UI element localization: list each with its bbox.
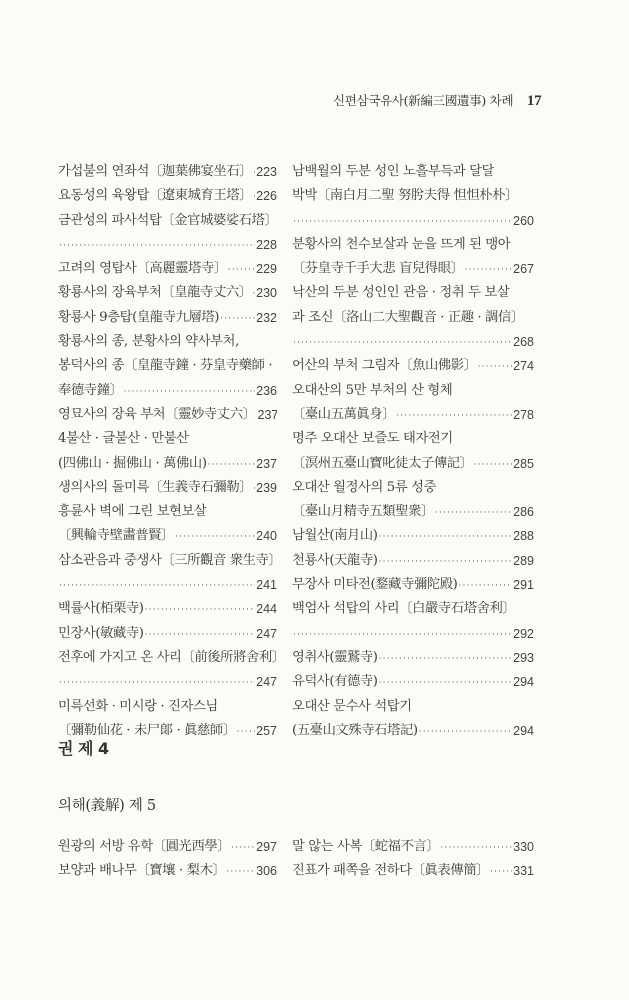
toc-entry-page: 226 <box>256 184 277 208</box>
toc-entry[interactable]: 낙산의 두분 성인인 관음 · 정취 두 보살 <box>292 281 534 305</box>
toc-entry[interactable]: 247 <box>58 670 277 694</box>
toc-entry[interactable]: 진표가 패쪽을 전하다〔眞表傳簡〕 331 <box>292 859 534 883</box>
toc-entry-title: 천룡사(天龍寺) <box>292 549 378 573</box>
toc-entry[interactable]: 영묘사의 장육 부처〔靈妙寺丈六〕 237 <box>58 403 277 427</box>
toc-entry[interactable]: 〔臺山五萬眞身〕278 <box>292 403 534 427</box>
dot-leader <box>293 330 512 354</box>
toc-entry-title: 명주 오대산 보즐도 태자전기 <box>292 427 453 451</box>
toc-entry-title: (四佛山 · 掘佛山 · 萬佛山) <box>58 452 207 476</box>
dot-leader <box>253 184 255 208</box>
dot-leader <box>293 622 512 646</box>
toc-entry-title: 요동성의 육왕탑〔遼東城育王塔〕 <box>58 184 252 208</box>
toc-entry[interactable]: 남월산(南月山) 288 <box>292 524 534 548</box>
toc-entry[interactable]: 4불산 · 글불산 · 만불산 <box>58 427 277 451</box>
toc-entry[interactable]: 생의사의 돌미륵〔生義寺石彌勒〕239 <box>58 476 277 500</box>
toc-entry-title: 오대산 문수사 석탑기 <box>292 695 412 719</box>
toc-entry[interactable]: 원광의 서방 유학〔圓光西學〕 297 <box>58 835 277 859</box>
toc-entry[interactable]: 〔芬皇寺千手大悲 盲兒得眼〕267 <box>292 257 534 281</box>
toc-entry-page: 288 <box>513 524 534 548</box>
toc-entry-title: 낙산의 두분 성인인 관음 · 정취 두 보살 <box>292 281 509 305</box>
toc-entry[interactable]: 영취사(靈鷲寺) 293 <box>292 646 534 670</box>
toc-entry[interactable]: 보양과 배나무〔寶壤 · 梨木〕306 <box>58 859 277 883</box>
toc-entry[interactable]: 미륵선화 · 미시랑 · 진자스님 <box>58 695 277 719</box>
toc-entry[interactable]: 백률사(栢栗寺) 244 <box>58 597 277 621</box>
dot-leader <box>175 524 255 548</box>
dot-leader <box>59 573 255 597</box>
dot-leader <box>465 257 513 281</box>
toc-entry-title: 영묘사의 장육 부처〔靈妙寺丈六〕 <box>58 403 256 427</box>
toc-entry[interactable]: 〔興輪寺壁畵普賢〕 240 <box>58 524 277 548</box>
toc-entry[interactable]: 무장사 미타전(鍪藏寺彌陀殿) 291 <box>292 573 534 597</box>
toc-entry-title: 보양과 배나무〔寶壤 · 梨木〕 <box>58 859 225 883</box>
dot-leader <box>419 719 512 743</box>
toc-section-right-column: 말 않는 사복〔蛇福不言〕 330진표가 패쪽을 전하다〔眞表傳簡〕 331 <box>292 835 534 884</box>
toc-entry[interactable]: 박박〔南白月二聖 努肹夫得 怛怛朴朴〕 <box>292 184 534 208</box>
toc-entry[interactable]: 요동성의 육왕탑〔遼東城育王塔〕226 <box>58 184 277 208</box>
dot-leader <box>379 549 513 573</box>
dot-leader <box>435 500 512 524</box>
toc-entry-title: 남백월의 두분 성인 노흘부득과 달달 <box>292 160 494 184</box>
toc-entry-title: 말 않는 사복〔蛇福不言〕 <box>292 835 439 859</box>
toc-entry-title: (五臺山文殊寺石塔記) <box>292 719 418 743</box>
toc-entry[interactable]: 가섭불의 연좌석〔迦葉佛宴坐石〕223 <box>58 160 277 184</box>
toc-entry-title: 〔芬皇寺千手大悲 盲兒得眼〕 <box>292 257 464 281</box>
toc-entry[interactable]: 292 <box>292 622 534 646</box>
toc-entry-page: 294 <box>513 670 534 694</box>
toc-entry-title: 흥륜사 벽에 그린 보현보살 <box>58 500 206 524</box>
toc-entry-page: 278 <box>513 403 534 427</box>
toc-entry-page: 237 <box>258 403 278 427</box>
toc-entry-page: 285 <box>513 452 534 476</box>
toc-entry-page: 247 <box>256 622 277 646</box>
toc-entry-page: 289 <box>513 549 534 573</box>
toc-entry[interactable]: 오대산 월정사의 5류 성중 <box>292 476 534 500</box>
dot-leader <box>253 160 255 184</box>
toc-entry[interactable]: 241 <box>58 573 277 597</box>
toc-entry-title: 박박〔南白月二聖 努肹夫得 怛怛朴朴〕 <box>292 184 518 208</box>
dot-leader <box>231 835 255 859</box>
toc-entry-page: 240 <box>256 524 277 548</box>
toc-entry-page: 228 <box>256 233 277 257</box>
toc-entry-page: 260 <box>513 209 534 233</box>
dot-leader <box>474 452 513 476</box>
toc-entry-page: 286 <box>513 500 534 524</box>
dot-leader <box>253 476 255 500</box>
toc-entry[interactable]: 분황사의 천수보살과 눈을 뜨게 된 맹아 <box>292 233 534 257</box>
toc-entry-title: 4불산 · 글불산 · 만불산 <box>58 427 189 451</box>
toc-left-column: 가섭불의 연좌석〔迦葉佛宴坐石〕223요동성의 육왕탑〔遼東城育王塔〕226금관… <box>58 160 277 743</box>
dot-leader <box>59 233 255 257</box>
toc-entry-page: 257 <box>256 719 277 743</box>
toc-entry-page: 241 <box>256 573 277 597</box>
toc-entry-page: 274 <box>513 354 534 378</box>
toc-entry[interactable]: 흥륜사 벽에 그린 보현보살 <box>58 500 277 524</box>
dot-leader <box>237 719 255 743</box>
toc-entry-title: 오대산의 5만 부처의 산 형체 <box>292 379 452 403</box>
dot-leader <box>145 622 256 646</box>
toc-entry-title: 미륵선화 · 미시랑 · 진자스님 <box>58 695 218 719</box>
dot-leader <box>220 306 255 330</box>
page-number: 17 <box>527 93 541 109</box>
toc-entry-page: 232 <box>256 306 277 330</box>
toc-entry-title: 무장사 미타전(鍪藏寺彌陀殿) <box>292 573 457 597</box>
toc-entry[interactable]: 268 <box>292 330 534 354</box>
toc-entry-page: 229 <box>256 257 277 281</box>
toc-entry[interactable]: 백엄사 석탑의 사리〔白嚴寺石塔舍利〕 <box>292 597 534 621</box>
toc-entry-title: 奉德寺鐘〕 <box>58 379 122 403</box>
toc-entry-title: 과 조신〔洛山二大聖觀音 · 正趣 · 調信〕 <box>292 306 524 330</box>
volume-heading: 권 제 4 <box>58 736 109 759</box>
dot-leader <box>123 379 255 403</box>
toc-entry[interactable]: 〔溟州五臺山寶叱徒太子傳記〕 285 <box>292 452 534 476</box>
toc-entry-title: 백엄사 석탑의 사리〔白嚴寺石塔舍利〕 <box>292 597 515 621</box>
dot-leader <box>208 452 256 476</box>
toc-entry[interactable]: 오대산 문수사 석탑기 <box>292 695 534 719</box>
toc-entry[interactable]: 천룡사(天龍寺) 289 <box>292 549 534 573</box>
dot-leader <box>228 257 255 281</box>
dot-leader <box>440 835 512 859</box>
chapter-heading: 의해(義解) 제 5 <box>58 794 156 815</box>
toc-entry-title: 고려의 영탑사〔高麗靈塔寺〕 <box>58 257 227 281</box>
toc-entry[interactable]: 228 <box>58 233 277 257</box>
toc-entry-page: 244 <box>256 597 277 621</box>
toc-entry-title: 삼소관음과 중생사〔三所觀音 衆生寺〕 <box>58 549 277 573</box>
dot-leader <box>379 670 513 694</box>
toc-entry-title: 오대산 월정사의 5류 성중 <box>292 476 436 500</box>
dot-leader <box>379 646 513 670</box>
toc-entry[interactable]: 260 <box>292 209 534 233</box>
toc-entry-page: 294 <box>513 719 534 743</box>
toc-entry-page: 247 <box>256 670 277 694</box>
toc-entry[interactable]: 과 조신〔洛山二大聖觀音 · 正趣 · 調信〕 <box>292 306 534 330</box>
toc-entry-title: 전후에 가지고 온 사리〔前後所將舍利〕 <box>58 646 277 670</box>
toc-entry-title: 〔興輪寺壁畵普賢〕 <box>58 524 174 548</box>
toc-entry-page: 237 <box>256 452 277 476</box>
toc-entry-page: 293 <box>513 646 534 670</box>
dot-leader <box>396 403 512 427</box>
toc-entry-title: 〔臺山五萬眞身〕 <box>292 403 395 427</box>
toc-entry[interactable]: (五臺山文殊寺石塔記) 294 <box>292 719 534 743</box>
toc-entry-title: 황룡사의 종, 분황사의 약사부처, <box>58 330 239 354</box>
toc-entry-title: 봉덕사의 종〔皇龍寺鐘 · 芬皇寺藥師 · <box>58 354 272 378</box>
toc-entry-title: 남월산(南月山) <box>292 524 378 548</box>
running-head-title: 신편삼국유사(新編三國遺事) 차례 <box>333 93 513 108</box>
toc-entry-page: 267 <box>513 257 534 281</box>
dot-leader <box>478 354 513 378</box>
toc-entry-title: 백률사(栢栗寺) <box>58 597 144 621</box>
dot-leader <box>145 597 256 621</box>
toc-entry-title: 분황사의 천수보살과 눈을 뜨게 된 맹아 <box>292 233 510 257</box>
toc-entry-title: 〔臺山月精寺五類聖衆〕 <box>292 500 434 524</box>
toc-entry[interactable]: 〔臺山月精寺五類聖衆〕 286 <box>292 500 534 524</box>
toc-entry[interactable]: 남백월의 두분 성인 노흘부득과 달달 <box>292 160 534 184</box>
toc-entry[interactable]: 전후에 가지고 온 사리〔前後所將舍利〕 <box>58 646 277 670</box>
toc-entry-title: 금관성의 파사석탑〔金官城婆娑石塔〕 <box>58 209 277 233</box>
toc-entry-page: 291 <box>513 573 534 597</box>
toc-entry-title: 황룡사의 장육부처〔皇龍寺丈六〕 <box>58 281 252 305</box>
toc-entry-title: 유덕사(有德寺) <box>292 670 378 694</box>
toc-entry[interactable]: 민장사(敏藏寺) 247 <box>58 622 277 646</box>
toc-entry[interactable]: 奉德寺鐘〕 236 <box>58 379 277 403</box>
toc-entry-page: 306 <box>256 859 277 883</box>
toc-entry[interactable]: 금관성의 파사석탑〔金官城婆娑石塔〕 <box>58 209 277 233</box>
toc-entry[interactable]: 봉덕사의 종〔皇龍寺鐘 · 芬皇寺藥師 · <box>58 354 277 378</box>
dot-leader <box>490 859 512 883</box>
toc-entry[interactable]: 오대산의 5만 부처의 산 형체 <box>292 379 534 403</box>
toc-right-column: 남백월의 두분 성인 노흘부득과 달달박박〔南白月二聖 努肹夫得 怛怛朴朴〕26… <box>292 160 534 743</box>
dot-leader <box>379 524 513 548</box>
toc-entry-page: 292 <box>513 622 534 646</box>
toc-entry[interactable]: 고려의 영탑사〔高麗靈塔寺〕229 <box>58 257 277 281</box>
toc-entry-page: 223 <box>256 160 277 184</box>
toc-entry-title: 가섭불의 연좌석〔迦葉佛宴坐石〕 <box>58 160 252 184</box>
toc-entry[interactable]: 어산의 부처 그림자〔魚山佛影〕 274 <box>292 354 534 378</box>
toc-entry-page: 268 <box>513 330 534 354</box>
toc-entry-page: 330 <box>513 835 534 859</box>
toc-entry-title: 황룡사 9층탑(皇龍寺九層塔) <box>58 306 219 330</box>
toc-entry[interactable]: (四佛山 · 掘佛山 · 萬佛山) 237 <box>58 452 277 476</box>
toc-entry[interactable]: 명주 오대산 보즐도 태자전기 <box>292 427 534 451</box>
toc-entry-title: 〔溟州五臺山寶叱徒太子傳記〕 <box>292 452 473 476</box>
toc-entry[interactable]: 말 않는 사복〔蛇福不言〕 330 <box>292 835 534 859</box>
toc-entry-page: 239 <box>256 476 277 500</box>
dot-leader <box>293 209 512 233</box>
toc-entry-page: 230 <box>256 281 277 305</box>
dot-leader <box>253 281 255 305</box>
toc-entry[interactable]: 황룡사의 종, 분황사의 약사부처, <box>58 330 277 354</box>
running-head: 신편삼국유사(新編三國遺事) 차례 17 <box>333 91 541 110</box>
toc-entry[interactable]: 황룡사의 장육부처〔皇龍寺丈六〕230 <box>58 281 277 305</box>
toc-entry-title: 진표가 패쪽을 전하다〔眞表傳簡〕 <box>292 859 489 883</box>
dot-leader <box>458 573 512 597</box>
toc-entry-title: 생의사의 돌미륵〔生義寺石彌勒〕 <box>58 476 252 500</box>
dot-leader <box>226 859 255 883</box>
toc-entry[interactable]: 유덕사(有德寺) 294 <box>292 670 534 694</box>
toc-entry-title: 원광의 서방 유학〔圓光西學〕 <box>58 835 230 859</box>
toc-entry-title: 민장사(敏藏寺) <box>58 622 144 646</box>
toc-section-left-column: 원광의 서방 유학〔圓光西學〕 297보양과 배나무〔寶壤 · 梨木〕306 <box>58 835 277 884</box>
toc-entry-title: 영취사(靈鷲寺) <box>292 646 378 670</box>
toc-entry[interactable]: 삼소관음과 중생사〔三所觀音 衆生寺〕 <box>58 549 277 573</box>
dot-leader <box>59 670 255 694</box>
toc-entry-page: 331 <box>513 859 534 883</box>
toc-entry-page: 297 <box>256 835 277 859</box>
toc-entry[interactable]: 황룡사 9층탑(皇龍寺九層塔) 232 <box>58 306 277 330</box>
toc-entry-page: 236 <box>256 379 277 403</box>
toc-entry-title: 어산의 부처 그림자〔魚山佛影〕 <box>292 354 477 378</box>
